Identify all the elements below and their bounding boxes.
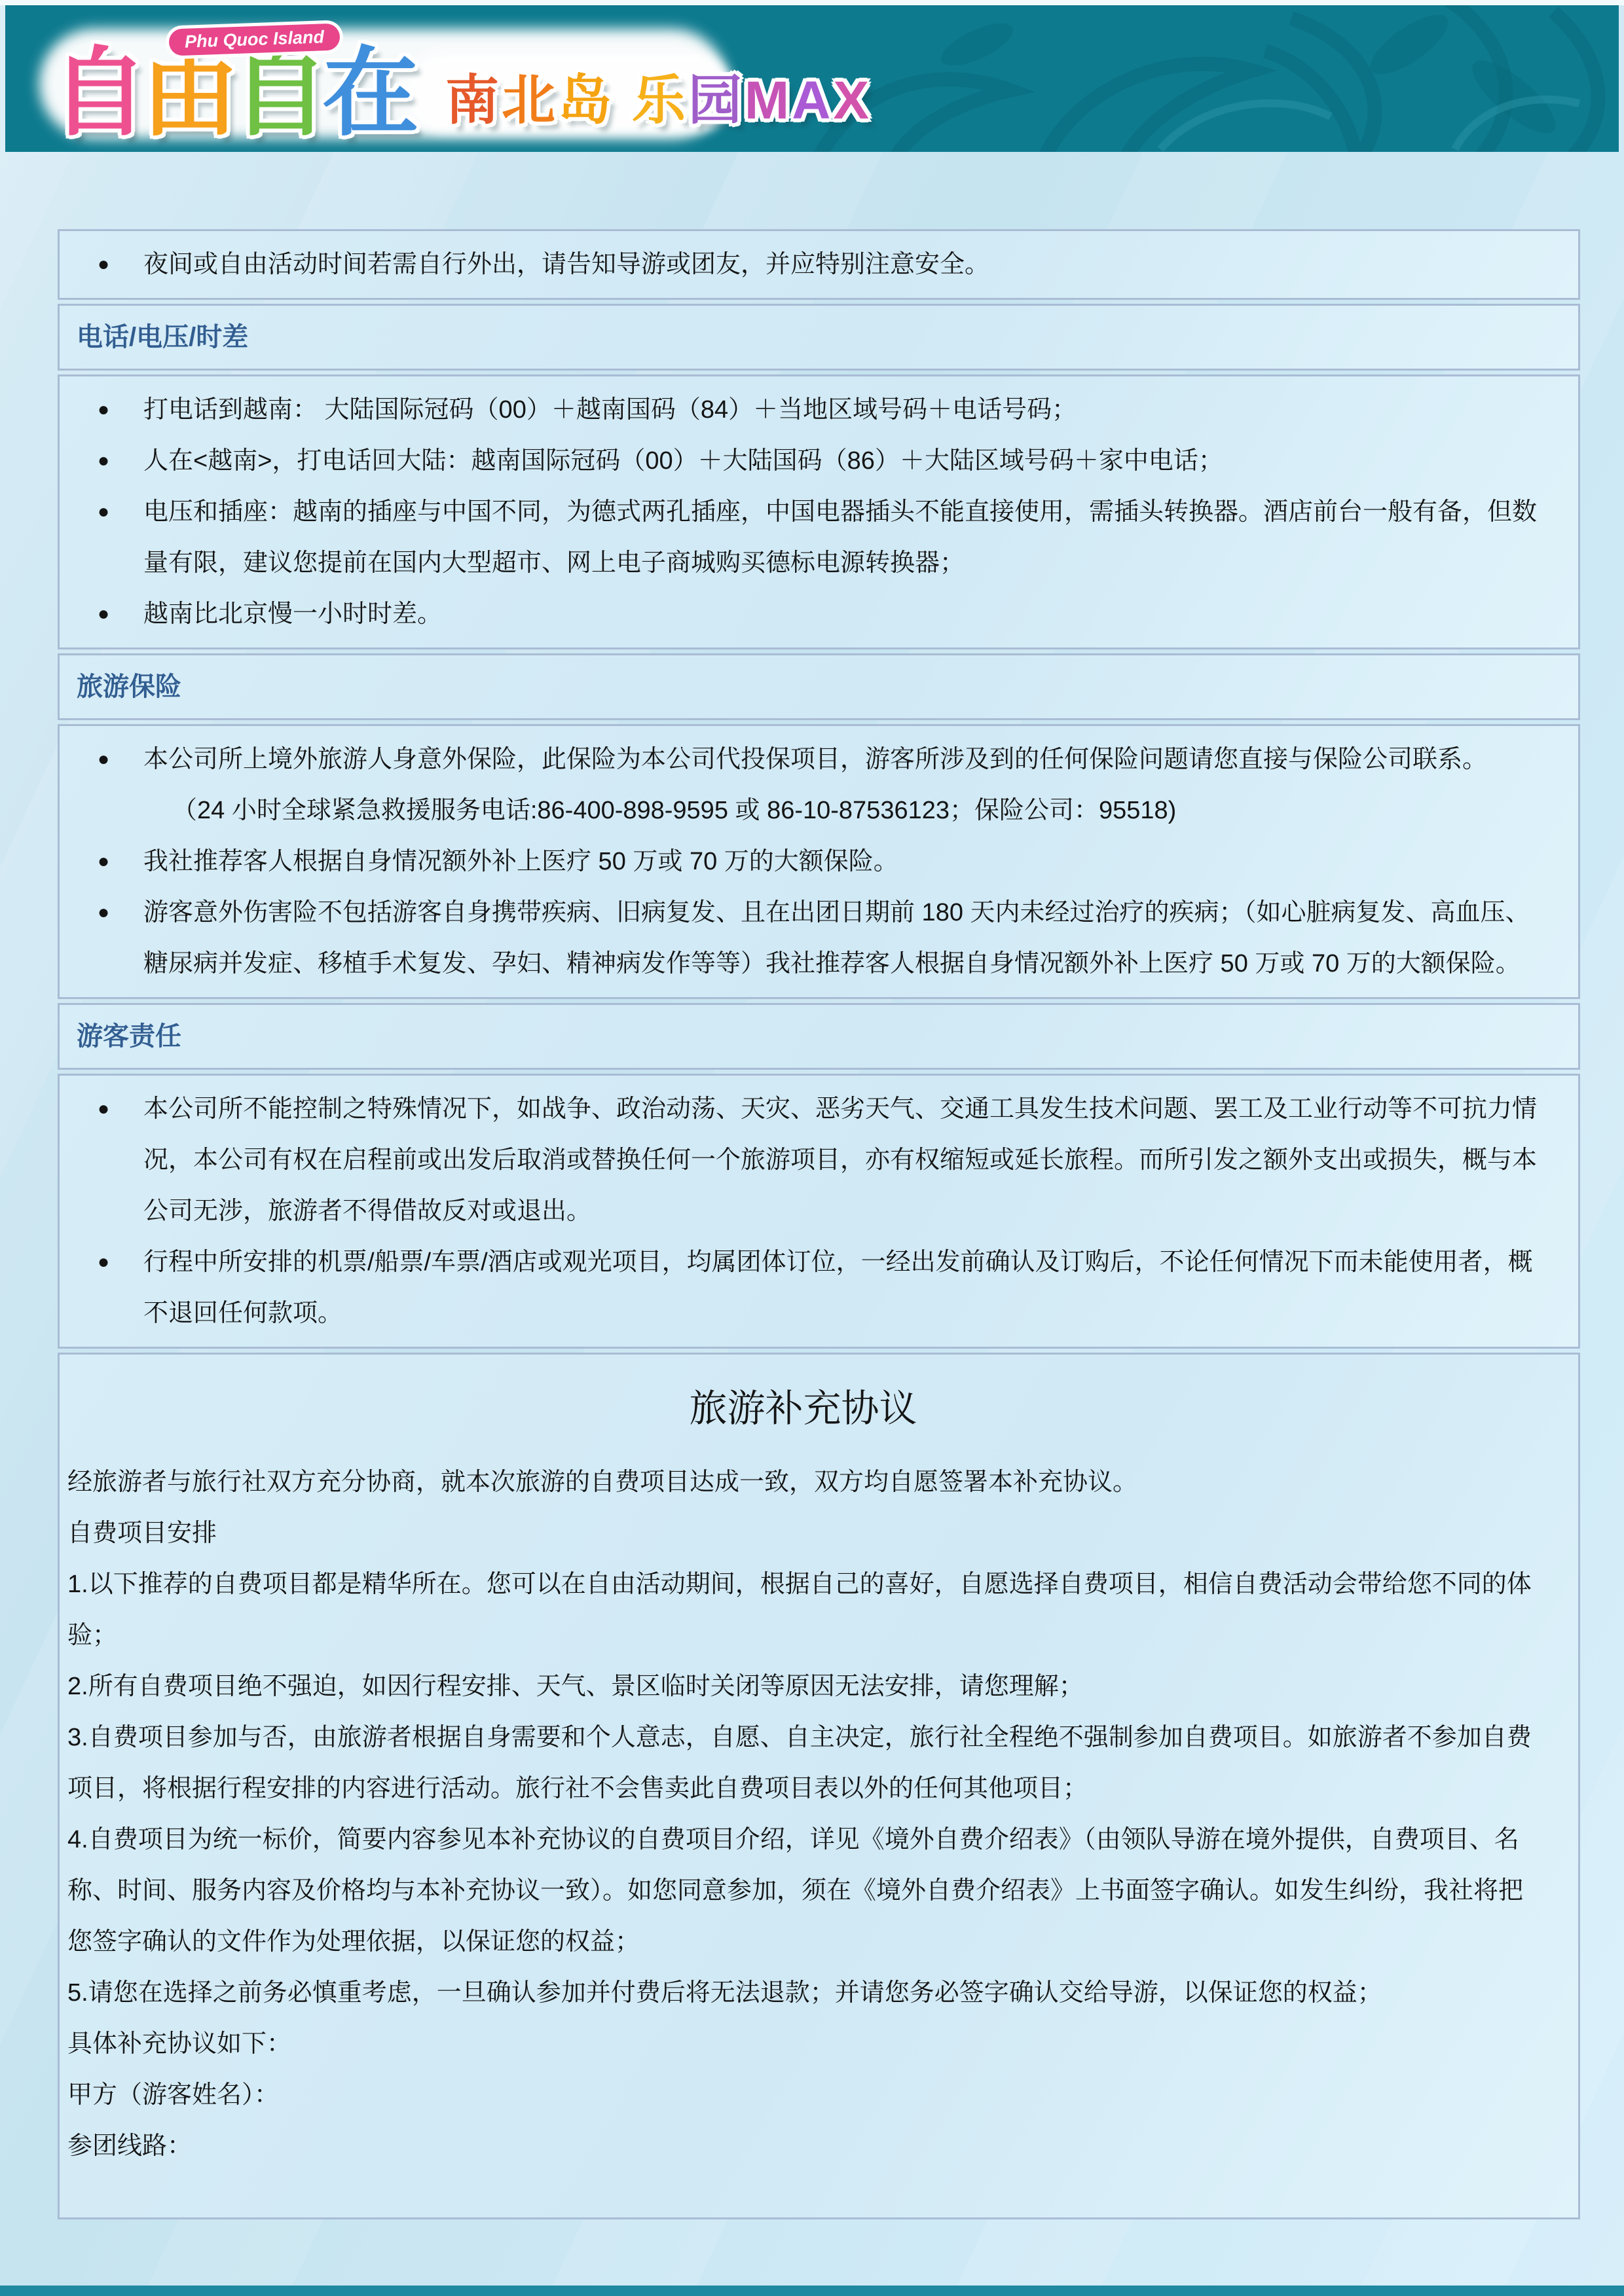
agreement-paragraph: 1.以下推荐的自费项目都是精华所在。您可以在自由活动期间，根据自己的喜好，自愿选… [67, 1559, 1539, 1661]
travel-notes-page: 自由自在 南北岛 乐园MAX Phu Quoc Island ● 夜间或自由活动… [0, 0, 1624, 2296]
list-item: ● 电压和插座：越南的插座与中国不同，为德式两孔插座，中国电器插头不能直接使用，… [60, 486, 1548, 589]
agreement-title: 旅游补充协议 [67, 1373, 1539, 1445]
bullet-icon: ● [60, 1084, 143, 1237]
list-item-text: 人在<越南>，打电话回大陆：越南国际冠码（00）＋大陆国码（86）＋大陆区域号码… [143, 435, 1548, 486]
list-item-text: 越南比北京慢一小时时差。 [143, 589, 1548, 640]
list-item-main-line: 本公司所上境外旅游人身意外保险，此保险为本公司代投保项目，游客所涉及到的任何保险… [143, 746, 1487, 773]
list-item-text: 游客意外伤害险不包括游客自身携带疾病、旧病复发、且在出团日期前 180 天内未经… [143, 887, 1548, 989]
agreement-paragraph: 3.自费项目参加与否，由旅游者根据自身需要和个人意志，自愿、自主决定，旅行社全程… [67, 1712, 1539, 1814]
notice-row-responsibility: ● 本公司所不能控制之特殊情况下，如战争、政治动荡、天灾、恶劣天气、交通工具发生… [58, 1074, 1580, 1349]
list-item: ● 打电话到越南： 大陆国际冠码（00）＋越南国码（84）＋当地区域号码＋电话号… [60, 384, 1548, 435]
list-item: ● 本公司所不能控制之特殊情况下，如战争、政治动荡、天灾、恶劣天气、交通工具发生… [60, 1084, 1548, 1237]
section-heading-responsibility: 游客责任 [58, 1003, 1580, 1070]
list-item-text: 电压和插座：越南的插座与中国不同，为德式两孔插座，中国电器插头不能直接使用，需插… [143, 486, 1548, 589]
bullet-icon: ● [60, 435, 143, 486]
supplementary-agreement-section: 旅游补充协议 经旅游者与旅行社双方充分协商，就本次旅游的自费项目达成一致，双方均… [58, 1353, 1580, 2219]
agreement-paragraph-party-a: 甲方（游客姓名）： [67, 2069, 1539, 2121]
bullet-icon: ● [60, 384, 143, 435]
bullet-icon: ● [60, 589, 143, 640]
bullet-icon: ● [60, 887, 143, 989]
list-item-text: 本公司所上境外旅游人身意外保险，此保险为本公司代投保项目，游客所涉及到的任何保险… [143, 734, 1548, 836]
agreement-paragraph: 4.自费项目为统一标价，简要内容参见本补充协议的自费项目介绍，详见《境外自费介绍… [67, 1814, 1539, 1967]
agreement-paragraph: 5.请您在选择之前务必慎重考虑，一旦确认参加并付费后将无法退款；并请您务必签字确… [67, 1967, 1539, 2018]
list-item: ● 游客意外伤害险不包括游客自身携带疾病、旧病复发、且在出团日期前 180 天内… [60, 887, 1548, 989]
page-top-margin [0, 0, 1624, 5]
notice-table: ● 夜间或自由活动时间若需自行外出，请告知导游或团友，并应特别注意安全。 电话/… [58, 229, 1580, 2219]
logo-sub-text: 南北岛 乐园MAX [445, 58, 872, 134]
section-heading-label: 电话/电压/时差 [60, 306, 1578, 369]
list-item: ● 行程中所安排的机票/船票/车票/酒店或观光项目，均属团体订位，一经出发前确认… [60, 1237, 1548, 1339]
section-heading-phone: 电话/电压/时差 [58, 304, 1580, 371]
list-item-text: 行程中所安排的机票/船票/车票/酒店或观光项目，均属团体订位，一经出发前确认及订… [143, 1237, 1548, 1339]
section-heading-label: 游客责任 [60, 1005, 1578, 1068]
header-banner: 自由自在 南北岛 乐园MAX Phu Quoc Island [5, 5, 1619, 152]
brand-logo: 自由自在 南北岛 乐园MAX Phu Quoc Island [39, 14, 747, 145]
section-heading-label: 旅游保险 [60, 655, 1578, 718]
footer-bar [0, 2286, 1624, 2296]
list-item: ● 人在<越南>，打电话回大陆：越南国际冠码（00）＋大陆国码（86）＋大陆区域… [60, 435, 1548, 486]
agreement-paragraph: 2.所有自费项目绝不强迫，如因行程安排、天气、景区临时关闭等原因无法安排，请您理… [67, 1661, 1539, 1712]
bullet-icon: ● [60, 239, 143, 290]
list-item-text: 打电话到越南： 大陆国际冠码（00）＋越南国码（84）＋当地区域号码＋电话号码； [143, 384, 1548, 435]
list-item: ● 夜间或自由活动时间若需自行外出，请告知导游或团友，并应特别注意安全。 [60, 239, 1548, 290]
list-item-text: 夜间或自由活动时间若需自行外出，请告知导游或团友，并应特别注意安全。 [143, 239, 1548, 290]
section-heading-insurance: 旅游保险 [58, 653, 1580, 720]
agreement-paragraph: 自费项目安排 [67, 1508, 1539, 1559]
agreement-paragraph-tour-route: 参团线路： [67, 2121, 1539, 2172]
list-item: ● 我社推荐客人根据自身情况额外补上医疗 50 万或 70 万的大额保险。 [60, 836, 1548, 887]
bullet-icon: ● [60, 836, 143, 887]
list-item: ● 本公司所上境外旅游人身意外保险，此保险为本公司代投保项目，游客所涉及到的任何… [60, 734, 1548, 836]
bullet-icon: ● [60, 1237, 143, 1339]
list-item-text: 我社推荐客人根据自身情况额外补上医疗 50 万或 70 万的大额保险。 [143, 836, 1548, 887]
list-item-sub-line: （24 小时全球紧急救援服务电话:86-400-898-9595 或 86-10… [172, 797, 1176, 824]
bullet-icon: ● [60, 734, 143, 836]
bullet-icon: ● [60, 486, 143, 589]
notice-row-insurance: ● 本公司所上境外旅游人身意外保险，此保险为本公司代投保项目，游客所涉及到的任何… [58, 724, 1580, 999]
notice-row-safety: ● 夜间或自由活动时间若需自行外出，请告知导游或团友，并应特别注意安全。 [58, 229, 1580, 300]
notice-row-phone: ● 打电话到越南： 大陆国际冠码（00）＋越南国码（84）＋当地区域号码＋电话号… [58, 374, 1580, 649]
list-item-text: 本公司所不能控制之特殊情况下，如战争、政治动荡、天灾、恶劣天气、交通工具发生技术… [143, 1084, 1548, 1237]
list-item: ● 越南比北京慢一小时时差。 [60, 589, 1548, 640]
agreement-paragraph: 经旅游者与旅行社双方充分协商，就本次旅游的自费项目达成一致，双方均自愿签署本补充… [67, 1457, 1539, 1508]
agreement-paragraph: 具体补充协议如下： [67, 2018, 1539, 2069]
